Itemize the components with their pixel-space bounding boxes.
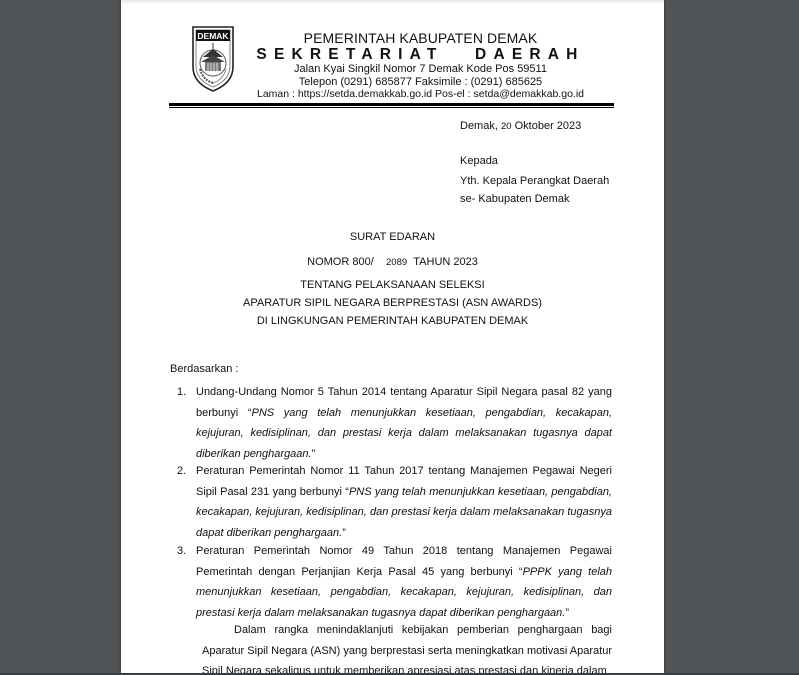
doc-type: SURAT EDARAN — [121, 231, 664, 244]
letterhead-government: PEMERINTAH KABUPATEN DEMAK — [149, 30, 664, 46]
date-line: Demak, 20 Oktober 2023 — [460, 120, 581, 133]
letterhead-divider — [169, 103, 614, 106]
recipient-to: Kepada — [460, 155, 498, 168]
subject-line-3: DI LINGKUNGAN PEMERINTAH KABUPATEN DEMAK — [121, 315, 664, 328]
subject-line-1: TENTANG PELAKSANAAN SELEKSI — [121, 279, 664, 292]
list-item-3-number: 3. — [177, 541, 186, 562]
letterhead-divider-thin — [169, 107, 614, 108]
list-item-1-number: 1. — [177, 382, 186, 403]
letterhead-web-email: Laman : https://setda.demakkab.go.id Pos… — [149, 88, 664, 100]
list-item-3: Peraturan Pemerintah Nomor 49 Tahun 2018… — [196, 541, 612, 623]
list-item-1: Undang-Undang Nomor 5 Tahun 2014 tentang… — [196, 382, 612, 464]
list-item-2-number: 2. — [177, 461, 186, 482]
list-item-2: Peraturan Pemerintah Nomor 11 Tahun 2017… — [196, 461, 612, 543]
recipient-addressee: Yth. Kepala Perangkat Daerah — [460, 175, 609, 188]
recipient-location: se- Kabupaten Demak — [460, 193, 569, 206]
letterhead-phone-fax: Telepon (0291) 685877 Faksimile : (0291)… — [149, 76, 664, 88]
considering-label: Berdasarkan : — [170, 363, 238, 376]
document-page: DEMAK PEMERINTAH KABUPATEN DEMAK SEKRETA… — [121, 0, 664, 673]
subject-line-2: APARATUR SIPIL NEGARA BERPRESTASI (ASN A… — [121, 297, 664, 310]
body-paragraph: Dalam rangka menindaklanjuti kebijakan p… — [202, 620, 612, 673]
letterhead-address: Jalan Kyai Singkil Nomor 7 Demak Kode Po… — [149, 63, 664, 75]
letterhead-office: SEKRETARIAT DAERAH — [149, 46, 664, 64]
document-viewer[interactable]: DEMAK PEMERINTAH KABUPATEN DEMAK SEKRETA… — [0, 0, 799, 675]
doc-number: NOMOR 800/ 2089 TAHUN 2023 — [121, 256, 664, 269]
page-top-edge — [121, 0, 664, 4]
